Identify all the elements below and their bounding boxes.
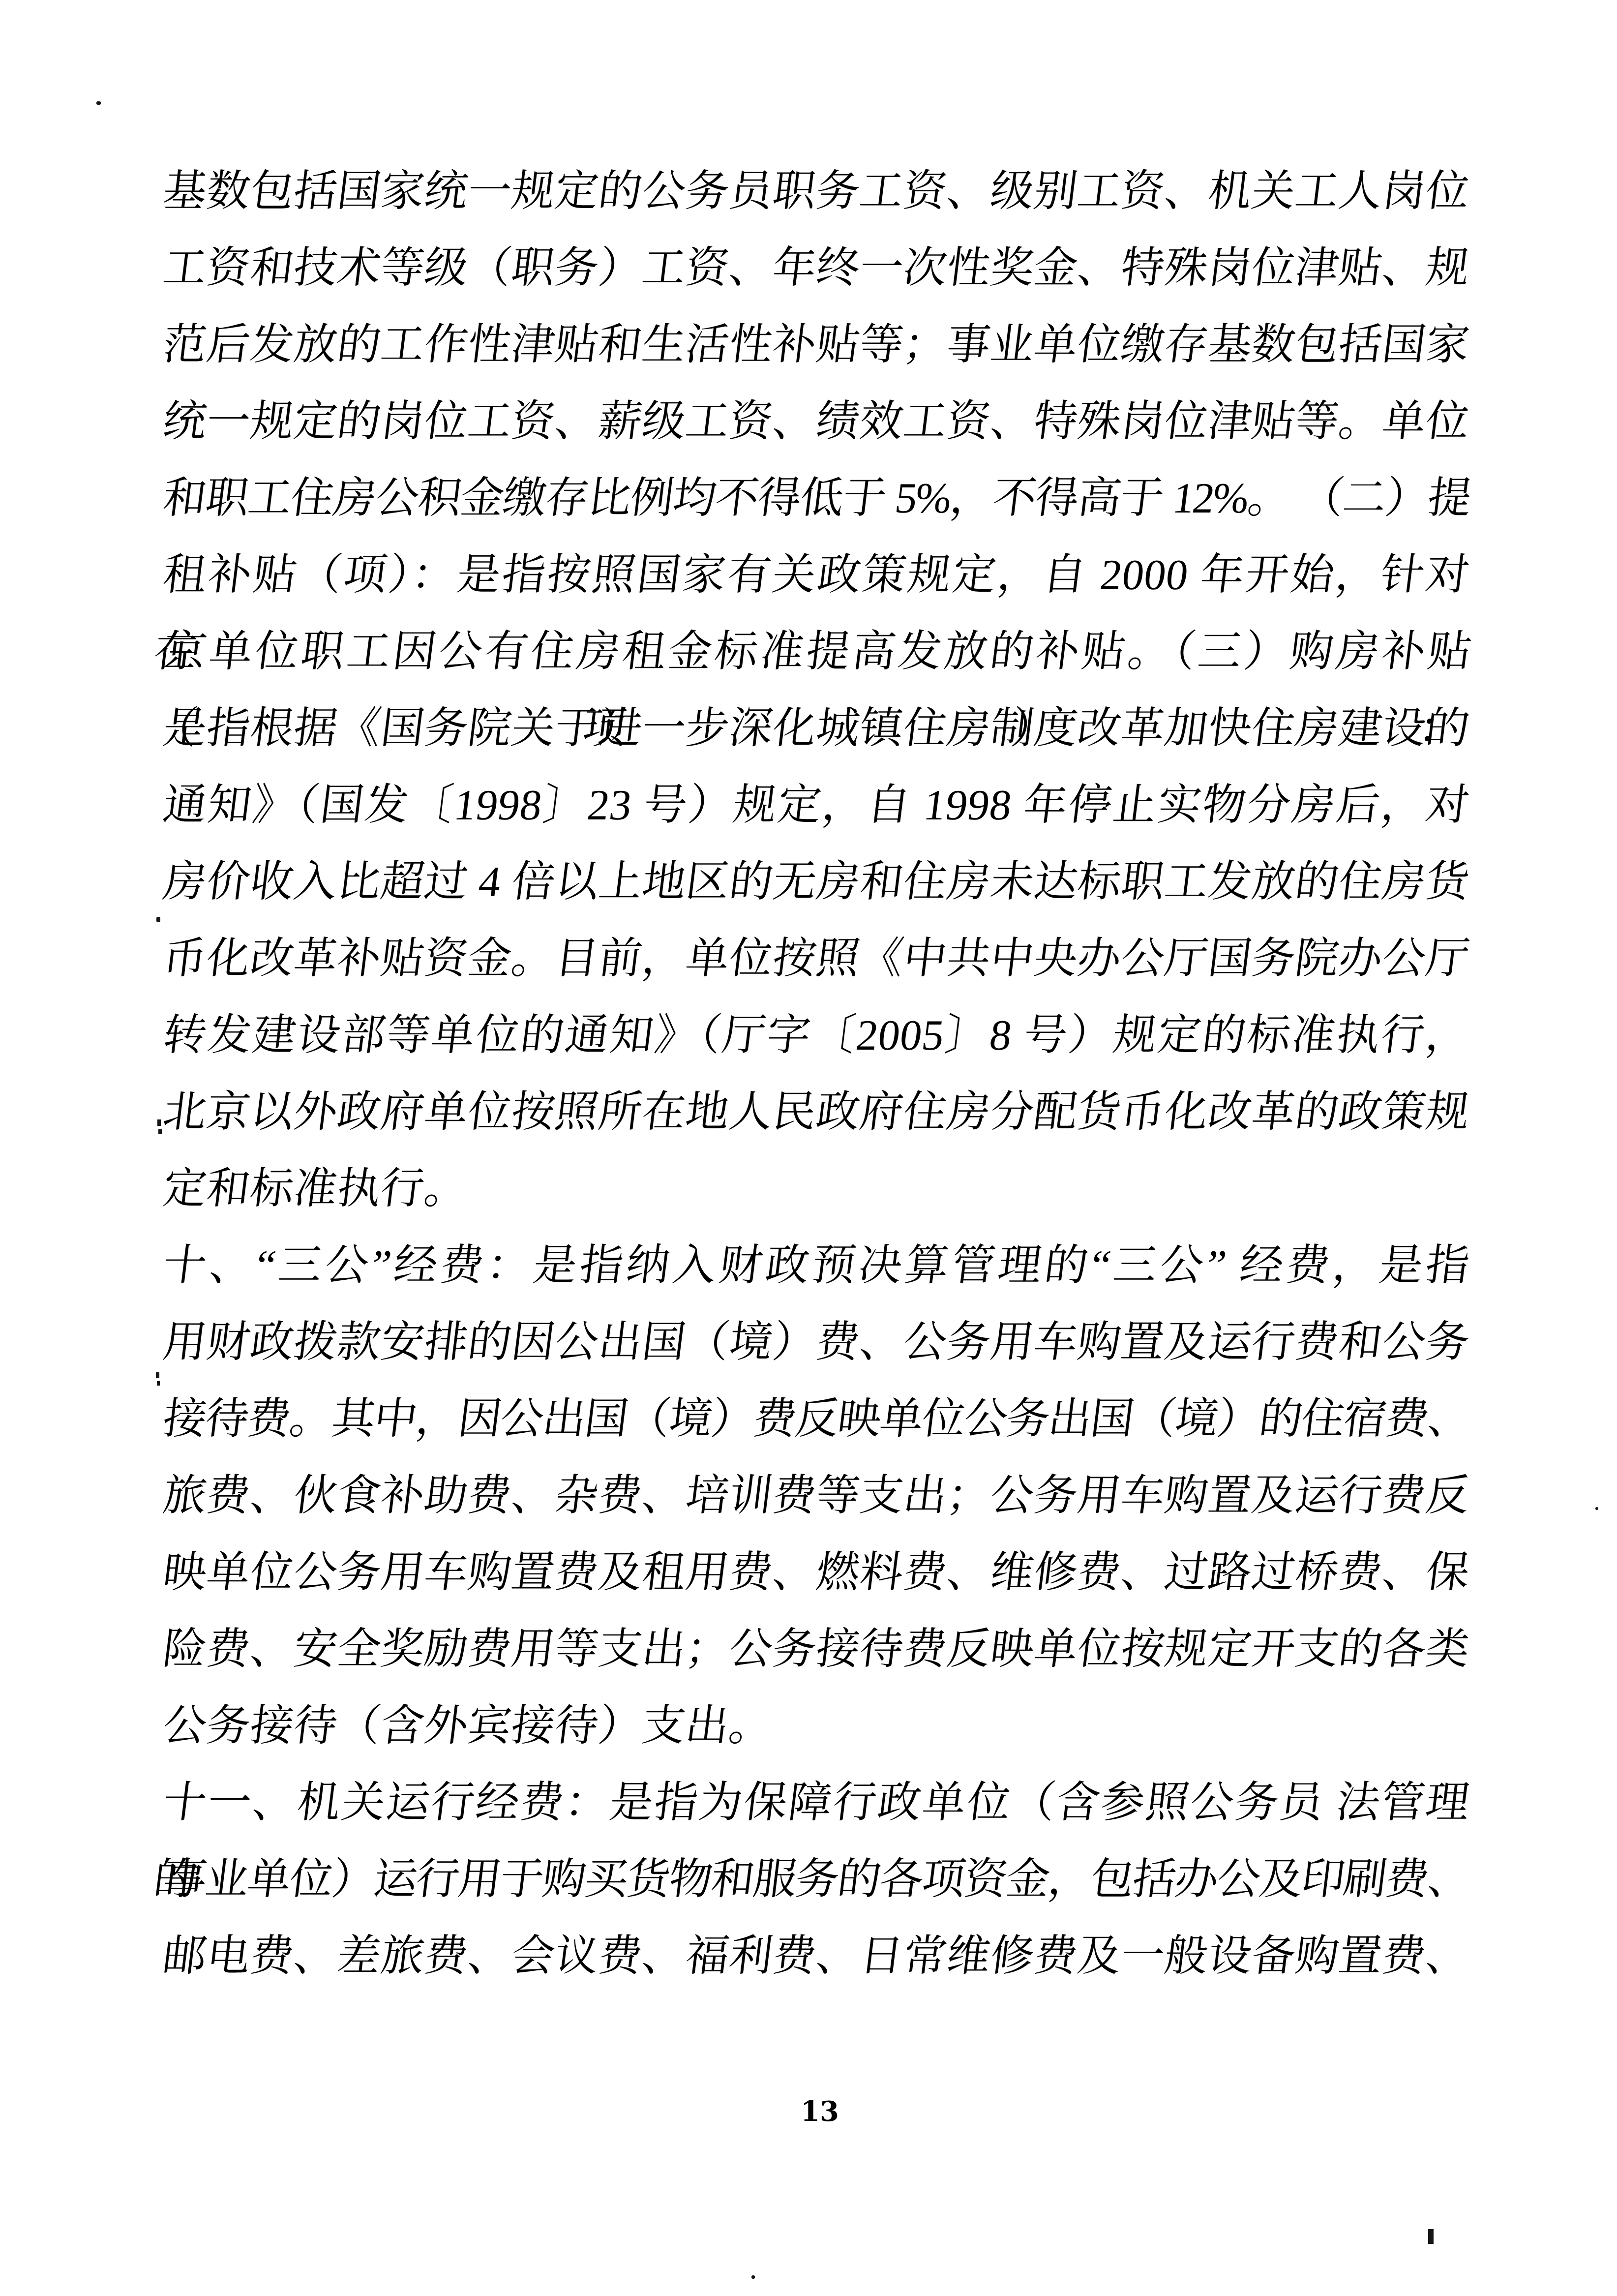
text-line: 映单位公务用车购置费及租用费、燃料费、维修费、过路过桥费、保: [158, 1535, 1474, 1611]
scan-artifact: [751, 2275, 755, 2279]
text-line: 十一、机关运行经费：是指为保障行政单位（含参照公务员 法管理的: [158, 1765, 1474, 1842]
text-line: 定和标准执行。: [158, 1151, 1474, 1228]
text-line: 京单位职工因公有住房租金标准提高发放的补贴。（三）购房补贴（项）：: [158, 614, 1474, 691]
text-line: 公务接待（含外宾接待）支出。: [158, 1688, 1474, 1765]
scan-artifact: [1595, 1507, 1598, 1510]
text-line: 基数包括国家统一规定的公务员职务工资、级别工资、机关工人岗位: [158, 153, 1474, 230]
text-line: 北京以外政府单位按照所在地人民政府住房分配货币化改革的政策规: [158, 1074, 1474, 1151]
scan-artifact: [158, 1129, 162, 1134]
scan-artifact: [157, 1381, 160, 1386]
scan-artifact: [1428, 2229, 1434, 2244]
text-line: 接待费。其中，因公出国（境）费反映单位公务出国（境）的住宿费、: [158, 1381, 1474, 1458]
text-line: 和职工住房公积金缴存比例均不得低于 5%，不得高于 12%。 （二）提: [158, 460, 1474, 537]
text-line: 险费、安全奖励费用等支出；公务接待费反映单位按规定开支的各类: [158, 1611, 1474, 1688]
text-line: 事业单位）运行用于购买货物和服务的各项资金，包括办公及印刷费、: [158, 1842, 1474, 1918]
text-line: 是指根据《国务院关于进一步深化城镇住房制度改革加快住房建设的: [158, 691, 1474, 767]
scanned-document-page: 基数包括国家统一规定的公务员职务工资、级别工资、机关工人岗位 工资和技术等级（职…: [0, 0, 1617, 2296]
scan-artifact: [157, 1119, 161, 1126]
text-line: 币化改革补贴资金。目前，单位按照《中共中央办公厅国务院办公厅: [158, 921, 1474, 997]
text-line: 统一规定的岗位工资、薪级工资、绩效工资、特殊岗位津贴等。单位: [158, 384, 1474, 460]
scan-artifact: [156, 917, 160, 922]
text-line: 邮电费、差旅费、会议费、福利费、日常维修费及一般设备购置费、: [158, 1918, 1474, 1995]
document-text-block: 基数包括国家统一规定的公务员职务工资、级别工资、机关工人岗位 工资和技术等级（职…: [163, 153, 1469, 1995]
text-line: 工资和技术等级（职务）工资、年终一次性奖金、特殊岗位津贴、规: [158, 230, 1474, 307]
scan-artifact: [96, 101, 101, 105]
scan-artifact: [156, 1372, 159, 1378]
text-line: 范后发放的工作性津贴和生活性补贴等；事业单位缴存基数包括国家: [158, 307, 1474, 384]
text-line: 房价收入比超过 4 倍以上地区的无房和住房未达标职工发放的住房货: [158, 844, 1474, 921]
text-line: 用财政拨款安排的因公出国（境）费、公务用车购置及运行费和公务: [158, 1304, 1474, 1381]
text-line: 转发建设部等单位的通知》（厅字〔2005〕8 号）规定的标准执行，: [158, 997, 1474, 1074]
text-line: 十、“三公”经费：是指纳入财政预决算管理的“三公” 经费，是指: [158, 1228, 1474, 1304]
text-line: 旅费、伙食补助费、杂费、培训费等支出；公务用车购置及运行费反: [158, 1458, 1474, 1535]
text-line: 通知》（国发〔1998〕23 号）规定，自 1998 年停止实物分房后，对: [158, 767, 1474, 844]
page-number: 13: [801, 2094, 839, 2129]
text-line: 租补贴（项）：是指按照国家有关政策规定，自 2000 年开始，针对在: [158, 537, 1474, 614]
